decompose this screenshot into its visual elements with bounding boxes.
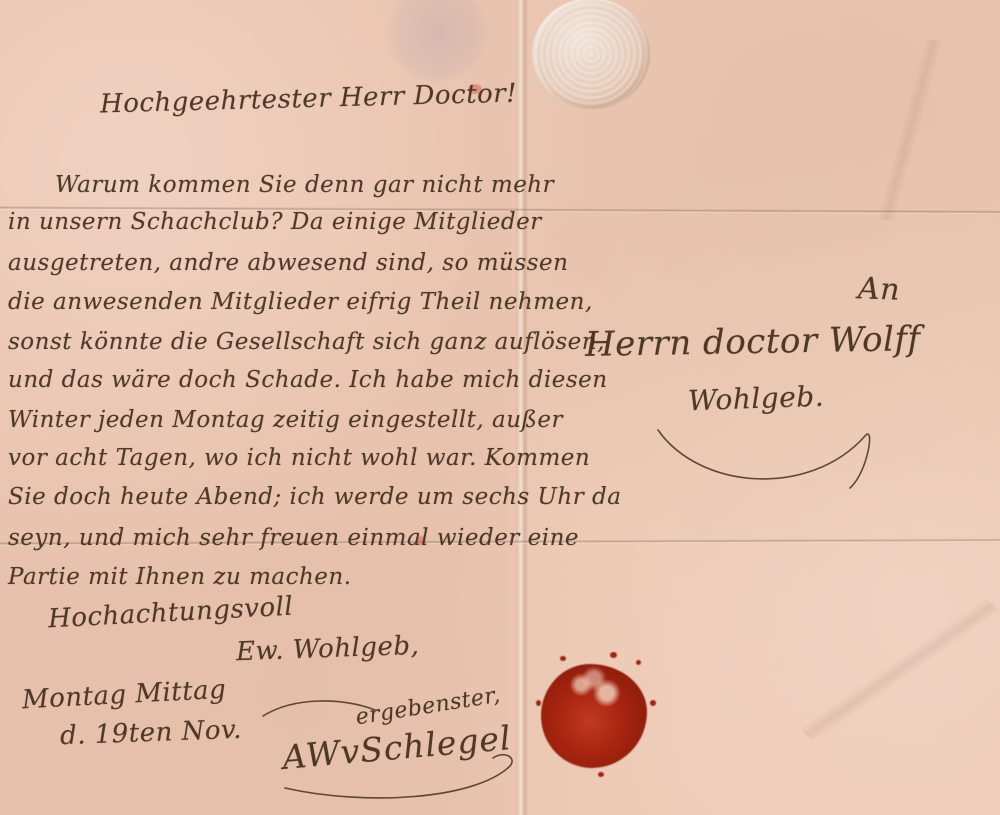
paper-wrinkle xyxy=(820,40,1000,220)
letter-body-line: ausgetreten, andre abwesend sind, so müs… xyxy=(8,250,568,276)
letter-body-line: seyn, und mich sehr freuen einmal wieder… xyxy=(8,525,579,551)
letter-body-line: die anwesenden Mitglieder eifrig Theil n… xyxy=(8,289,593,315)
letter-body-line: vor acht Tagen, wo ich nicht wohl war. K… xyxy=(8,445,590,471)
address-honorific: Wohlgeb. xyxy=(687,380,824,418)
wax-speck xyxy=(598,772,604,777)
ink-showthrough-blotch xyxy=(385,0,490,82)
letter-scan: Hochgeehrtester Herr Doctor! Warum komme… xyxy=(0,0,1000,815)
wax-speck xyxy=(536,700,541,706)
wax-seal xyxy=(541,664,647,768)
letter-body-line: Partie mit Ihnen zu machen. xyxy=(8,564,352,590)
address-recipient-name: Herrn doctor Wolff xyxy=(585,319,921,365)
wax-speck xyxy=(650,700,656,706)
letter-body-line: und das wäre doch Schade. Ich habe mich … xyxy=(8,367,608,393)
letter-body-line: Winter jeden Montag zeitig eingestellt, … xyxy=(8,407,563,433)
letter-body-line: in unsern Schachclub? Da einige Mitglied… xyxy=(8,209,542,235)
date-line: d. 19ten Nov. xyxy=(60,715,243,751)
salutation: Hochgeehrtester Herr Doctor! xyxy=(100,79,518,120)
embossed-seal xyxy=(532,0,650,110)
signature: AWvSchlegel xyxy=(281,718,513,777)
wax-speck xyxy=(636,660,641,665)
wax-speck xyxy=(560,656,566,661)
letter-body-line: sonst könnte die Gesellschaft sich ganz … xyxy=(8,329,605,355)
wax-speck xyxy=(610,652,617,658)
address-flourish xyxy=(640,402,900,512)
address-recipient-intro: An xyxy=(857,271,900,307)
paper-wrinkle xyxy=(753,521,1000,815)
closing: Hochachtungsvoll xyxy=(47,592,294,635)
letter-body-line: Warum kommen Sie denn gar nicht mehr xyxy=(55,172,554,198)
date-line: Montag Mittag xyxy=(21,675,227,716)
honorific: Ew. Wohlgeb, xyxy=(236,631,420,667)
letter-body-line: Sie doch heute Abend; ich werde um sechs… xyxy=(8,484,621,510)
